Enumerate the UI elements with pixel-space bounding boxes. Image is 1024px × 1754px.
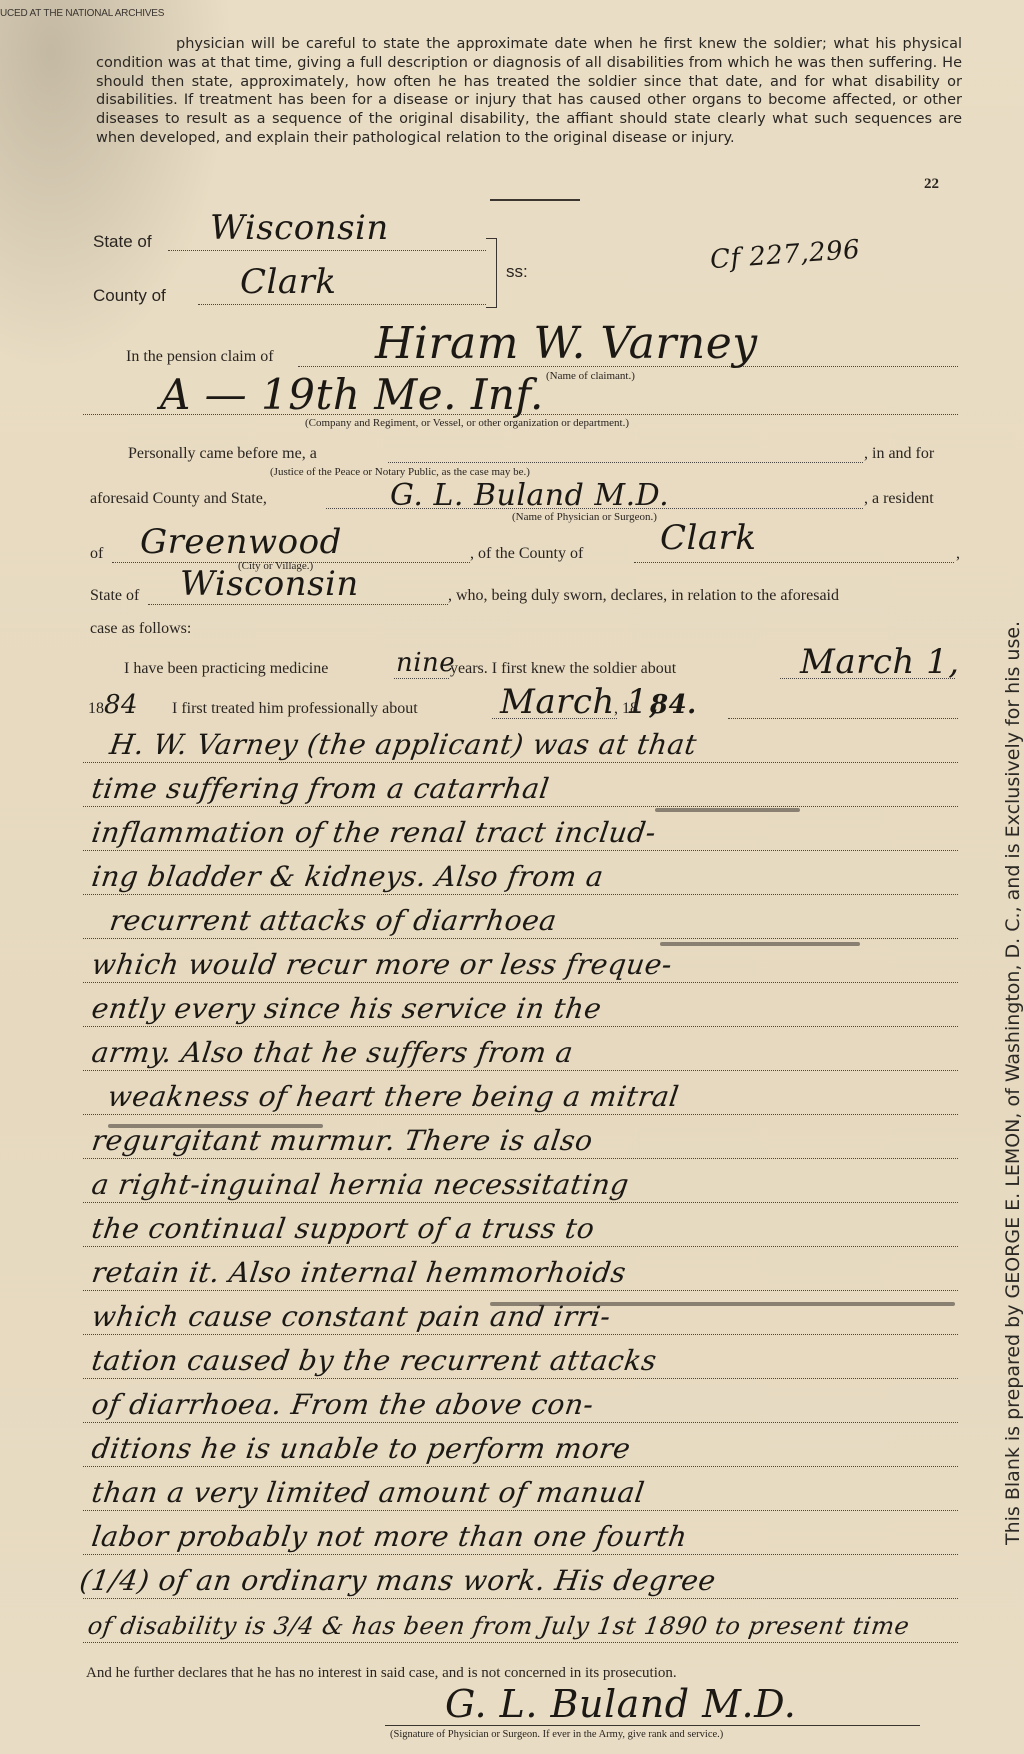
- statement-line: labor probably not more than one fourth: [90, 1520, 690, 1553]
- first-knew-field[interactable]: March 1,: [800, 642, 960, 682]
- county-label: County of: [93, 286, 166, 306]
- pencil-underline: [655, 808, 800, 812]
- statement-line: of disability is 3/4 & has been from Jul…: [86, 1612, 911, 1640]
- statement-line: a right-inguinal hernia necessitating: [90, 1168, 631, 1201]
- pencil-underline: [660, 942, 860, 946]
- state2-field[interactable]: Wisconsin: [180, 564, 359, 604]
- ruled-line: [83, 1026, 958, 1027]
- state2-line: [148, 604, 448, 605]
- statement-line: army. Also that he suffers from a: [90, 1036, 576, 1069]
- officer-caption-real: (Justice of the Peace or Notary Public, …: [270, 466, 530, 478]
- affidavit-line2-suffix: , a resident: [864, 490, 934, 508]
- ruled-line: [83, 1334, 958, 1335]
- county-field[interactable]: Clark: [240, 262, 337, 302]
- statement-line: weakness of heart there being a mitral: [106, 1080, 681, 1113]
- organization-caption: (Company and Regiment, or Vessel, or oth…: [305, 417, 629, 429]
- state-field-line: [168, 250, 486, 251]
- ruled-line: [83, 1070, 958, 1071]
- ruled-line: [83, 1202, 958, 1203]
- affidavit-line2-prefix: aforesaid County and State,: [90, 490, 267, 508]
- claim-label: In the pension claim of: [126, 348, 274, 366]
- statement-line: ditions he is unable to perform more: [90, 1432, 633, 1465]
- county2-field[interactable]: Clark: [660, 518, 757, 558]
- practice-prefix: I have been practicing medicine: [124, 660, 328, 678]
- affidavit-line1-prefix: Personally came before me, a: [128, 445, 317, 463]
- pencil-underline: [108, 1124, 323, 1128]
- claimant-name-field[interactable]: Hiram W. Varney: [375, 318, 758, 369]
- statement-line: the continual support of a truss to: [90, 1212, 597, 1245]
- state-field[interactable]: Wisconsin: [210, 208, 389, 248]
- ruled-line: [83, 1642, 958, 1643]
- ruled-line: [83, 1554, 958, 1555]
- divider-rule: [490, 199, 580, 201]
- affidavit-line3-prefix: of: [90, 545, 103, 563]
- treated-label: I first treated him professionally about: [172, 700, 418, 718]
- affidavit-line4-suffix: , who, being duly sworn, declares, in re…: [448, 587, 839, 605]
- officer-field[interactable]: [388, 462, 863, 463]
- instructions-paragraph: physician will be careful to state the a…: [96, 35, 962, 148]
- ruled-line: [83, 894, 958, 895]
- statement-line: tation caused by the recurrent attacks: [90, 1344, 659, 1377]
- years-suffix: years. I first knew the soldier about: [450, 660, 676, 678]
- ruled-line: [83, 1378, 958, 1379]
- archive-watermark: UCED AT THE NATIONAL ARCHIVES: [0, 8, 164, 19]
- statement-line: ing bladder & kidneys. Also from a: [90, 860, 606, 893]
- signature-line: [385, 1725, 920, 1726]
- ruled-line: [83, 1466, 958, 1467]
- ruled-line: [83, 1598, 958, 1599]
- signature-caption: (Signature of Physician or Surgeon. If e…: [390, 1729, 723, 1740]
- declaration-text: And he further declares that he has no i…: [86, 1665, 677, 1682]
- treated-year-prefix: , 18: [614, 700, 638, 718]
- ruled-line: [83, 982, 958, 983]
- affidavit-line3-suffix: ,: [956, 545, 960, 563]
- venue-brace: [486, 238, 497, 308]
- physician-name-field[interactable]: G. L. Buland M.D.: [390, 478, 669, 513]
- ruled-line: [83, 1114, 958, 1115]
- statement-line: than a very limited amount of manual: [90, 1476, 647, 1509]
- pencil-underline: [490, 1302, 955, 1306]
- ruled-line: [83, 1290, 958, 1291]
- ruled-line: [83, 938, 958, 939]
- city-field[interactable]: Greenwood: [140, 522, 342, 562]
- county2-line: [634, 562, 954, 563]
- statement-line: time suffering from a catarrhal: [90, 772, 552, 805]
- organization-field[interactable]: A — 19th Me. Inf.: [160, 370, 544, 419]
- officer-caption-label: (Justice of the Peace or Notary Public, …: [270, 466, 530, 478]
- statement-line: which would recur more or less freque-: [90, 948, 675, 981]
- years-line: [394, 678, 449, 679]
- physician-signature: G. L. Buland M.D.: [445, 1682, 796, 1726]
- statement-line: ently every since his service in the: [90, 992, 604, 1025]
- claimant-caption: (Name of claimant.): [546, 370, 635, 382]
- trailing-line: [728, 718, 958, 719]
- ruled-line: [83, 1510, 958, 1511]
- ruled-line: [83, 1246, 958, 1247]
- statement-line: recurrent attacks of diarrhoea: [108, 904, 559, 937]
- statement-line: of diarrhoea. From the above con-: [90, 1388, 596, 1421]
- ruled-line: [83, 1422, 958, 1423]
- first-treated-year-field[interactable]: 84.: [650, 690, 697, 720]
- statement-line: inflammation of the renal tract includ-: [90, 816, 659, 849]
- ruled-line: [83, 850, 958, 851]
- statement-line: regurgitant murmur. There is also: [90, 1124, 595, 1157]
- ruled-line: [83, 762, 958, 763]
- ruled-line: [83, 1158, 958, 1159]
- years-field[interactable]: nine: [396, 648, 455, 678]
- physician-caption: (Name of Physician or Surgeon.): [512, 511, 657, 523]
- affidavit-line4-prefix: State of: [90, 587, 139, 605]
- ruled-line: [83, 806, 958, 807]
- ss-label: ss:: [506, 262, 528, 282]
- statement-line: retain it. Also internal hemmorhoids: [90, 1256, 629, 1289]
- statement-line: (1/4) of an ordinary mans work. His degr…: [78, 1564, 718, 1597]
- page-number: 22: [924, 176, 939, 193]
- affidavit-line5: case as follows:: [90, 620, 191, 638]
- county-field-line: [198, 304, 486, 305]
- statement-line: H. W. Varney (the applicant) was at that: [108, 728, 699, 761]
- affidavit-line1-suffix: , in and for: [864, 445, 934, 463]
- state-label: State of: [93, 232, 152, 252]
- printer-credit-side-text: This Blank is prepared by GEORGE E. LEMO…: [1002, 255, 1024, 1545]
- instructions-text: physician will be careful to state the a…: [96, 36, 962, 146]
- first-knew-year-field[interactable]: 84: [104, 690, 138, 720]
- year-prefix: 18: [88, 700, 104, 718]
- affidavit-line3-mid: , of the County of: [470, 545, 583, 563]
